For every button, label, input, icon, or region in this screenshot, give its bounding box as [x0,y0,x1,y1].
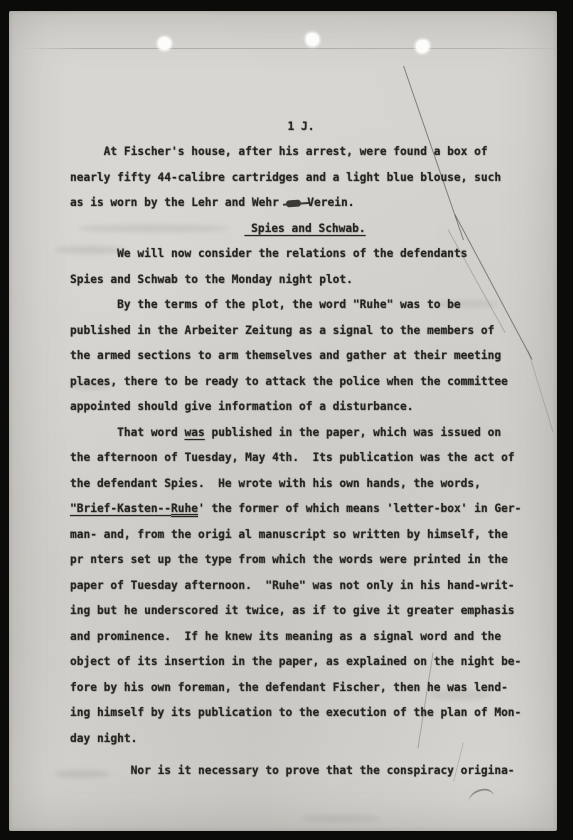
text-segment: "Brief-Kasten-- [70,502,171,515]
text-line: the defendant Spies. He wrote with his o… [70,471,540,497]
text-line: Spies and Schwab. [70,216,540,242]
text-segment: ing himself by its publication to the ex… [70,706,521,719]
text-line: By the terms of the plot, the word "Ruhe… [70,292,540,318]
text-line: man- and, from the origi al manuscript s… [70,522,540,548]
page-number: 1 J. [70,114,532,140]
smudge [300,815,380,822]
text-segment: That word [70,426,185,439]
text-segment: fore by his own foreman, the defendant F… [70,681,508,694]
text-segment: published in the Arbeiter Zeitung as a s… [70,324,494,337]
text-line: ing but he underscored it twice, as if t… [70,598,540,624]
text-segment: was [185,426,205,439]
text-segment: day night. [70,732,137,745]
punch-hole [158,37,171,50]
text-segment: Nor is it necessary to prove that the co… [70,764,515,777]
text-line: fore by his own foreman, the defendant F… [70,675,540,701]
text-line: day night. [70,726,540,752]
text-segment: the defendant Spies. He wrote with his o… [70,477,481,490]
text-segment: the armed sections to arm themselves and… [70,349,501,362]
punch-hole [306,33,319,46]
text-line: paper of Tuesday afternoon. "Ruhe" was n… [70,573,540,599]
text-segment: paper of Tuesday afternoon. "Ruhe" was n… [70,579,515,592]
text-segment: ing but he underscored it twice, as if t… [70,604,515,617]
text-segment: man- and, from the origi al manuscript s… [70,528,508,541]
text-segment: as is worn by the Lehr and Wehr [70,196,286,209]
text-segment: the afternoon of Tuesday, May 4th. Its p… [70,451,515,464]
document-photo: 1 J. At Fischer's house, after his arres… [0,0,573,840]
text-line: ing himself by its publication to the ex… [70,700,540,726]
text-segment: appointed should give information of a d… [70,400,414,413]
text-segment: We will now consider the relations of th… [70,247,467,260]
text-segment: object of its insertion in the paper, as… [70,655,521,668]
text-segment: pr nters set up the type from which the … [70,553,508,566]
text-line: places, there to be ready to attack the … [70,369,540,395]
text-segment: Spies and Schwab to the Monday night plo… [70,273,353,286]
text-segment: By the terms of the plot, the word "Ruhe… [70,298,461,311]
text-segment: Spies and Schwab. [244,222,365,235]
text-line: and prominence. If he knew its meaning a… [70,624,540,650]
text-segment: nearly fifty 44-calibre cartridges and a… [70,171,501,184]
text-segment: Ruhe [171,502,198,515]
text-line: Nor is it necessary to prove that the co… [70,758,540,784]
text-line: nearly fifty 44-calibre cartridges and a… [70,165,540,191]
text-line: That word was published in the paper, wh… [70,420,540,446]
struck-out-word [285,199,300,207]
text-line: published in the Arbeiter Zeitung as a s… [70,318,540,344]
text-segment: places, there to be ready to attack the … [70,375,508,388]
fold-line [21,48,566,49]
text-line: the armed sections to arm themselves and… [70,343,540,369]
text-line: appointed should give information of a d… [70,394,540,420]
text-line: We will now consider the relations of th… [70,241,540,267]
text-line: object of its insertion in the paper, as… [70,649,540,675]
text-segment: published in the paper, which was issued… [205,426,501,439]
text-segment: ' the former of which means 'letter-box'… [198,502,521,515]
text-segment: and prominence. If he knew its meaning a… [70,630,501,643]
text-segment: At Fischer's house, after his arrest, we… [70,145,488,158]
text-line: as is worn by the Lehr and Wehr Verein. [70,190,540,216]
typed-text: At Fischer's house, after his arrest, we… [70,139,540,784]
text-line: "Brief-Kasten--Ruhe' the former of which… [70,496,540,522]
text-line: pr nters set up the type from which the … [70,547,540,573]
text-line: At Fischer's house, after his arrest, we… [70,139,540,165]
text-line: the afternoon of Tuesday, May 4th. Its p… [70,445,540,471]
